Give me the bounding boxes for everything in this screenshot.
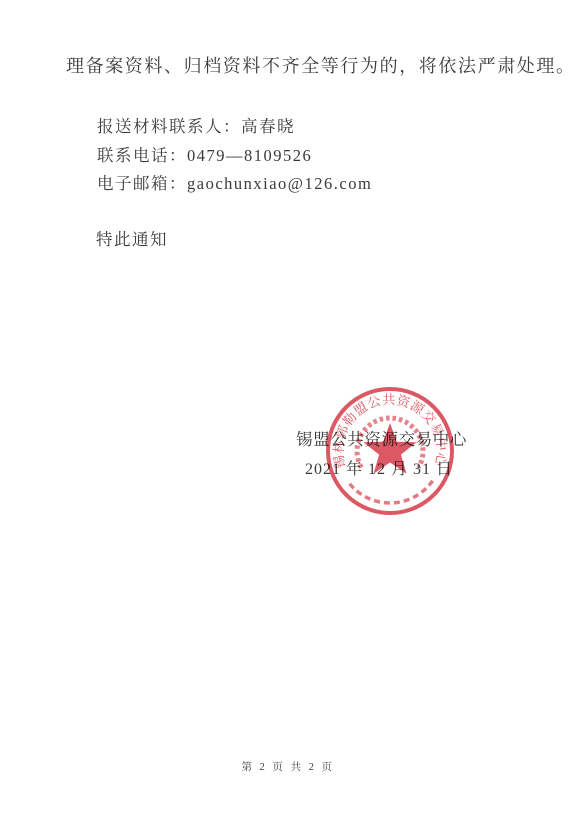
contact-phone-line: 联系电话：0479—8109526 xyxy=(97,142,372,171)
closing-phrase: 特此通知 xyxy=(96,226,168,250)
document-page: 理备案资料、归档资料不齐全等行为的，将依法严肃处理。 报送材料联系人：高春晓 联… xyxy=(0,0,576,813)
contact-person-line: 报送材料联系人：高春晓 xyxy=(97,113,372,142)
contact-block: 报送材料联系人：高春晓 联系电话：0479—8109526 电子邮箱：gaoch… xyxy=(97,113,372,199)
body-paragraph: 理备案资料、归档资料不齐全等行为的，将依法严肃处理。 xyxy=(66,52,576,78)
seal-bottom-script-arc xyxy=(347,481,432,503)
page-footer: 第 2 页 共 2 页 xyxy=(0,759,576,774)
star-icon xyxy=(363,423,416,474)
official-seal: 锡林郭勒盟公共资源交易中心 xyxy=(305,366,475,536)
contact-email-line: 电子邮箱：gaochunxiao@126.com xyxy=(97,170,372,199)
